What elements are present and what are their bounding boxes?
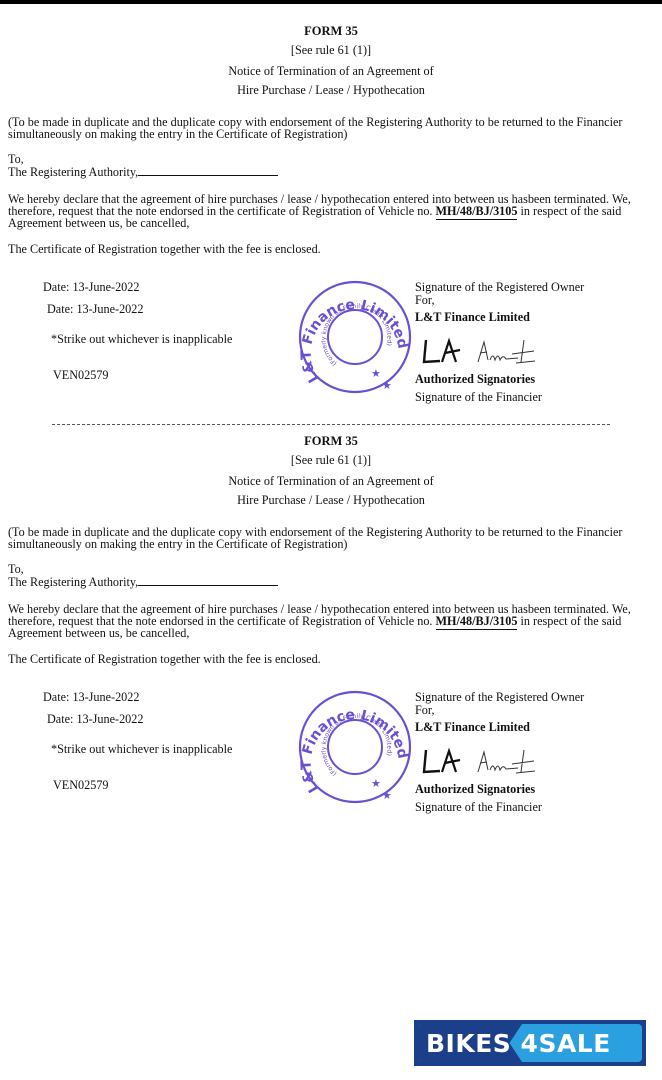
declaration-paragraph: We hereby declare that the agreement of … — [8, 193, 658, 229]
logo-text: BIKES 4SALE — [418, 1029, 611, 1058]
logo-text-4: 4 — [521, 1029, 539, 1058]
duplicate-note: (To be made in duplicate and the duplica… — [8, 116, 658, 140]
date-field-secondary: Date: 13-June-2022 — [47, 302, 143, 317]
registering-authority: The Registering Authority, — [8, 165, 658, 178]
notice-heading-line1: Notice of Termination of an Agreement of — [0, 64, 662, 79]
date-field: Date: 13-June-2022 — [43, 690, 139, 705]
reference-number: VEN02579 — [53, 368, 109, 383]
form-rule: [See rule 61 (1)] — [0, 453, 662, 468]
owner-signature-label: Signature of the Registered Owner — [415, 690, 584, 705]
registering-authority-label: The Registering Authority, — [8, 165, 138, 179]
notice-heading-line2: Hire Purchase / Lease / Hypothecation — [0, 493, 662, 508]
date-field-secondary: Date: 13-June-2022 — [47, 712, 143, 727]
authority-blank-line — [138, 575, 278, 586]
date-field: Date: 13-June-2022 — [43, 280, 139, 295]
vehicle-number: MH/48/BJ/3105 — [436, 614, 518, 630]
declaration-paragraph: We hereby declare that the agreement of … — [8, 603, 658, 639]
authorized-signatories-label: Authorized Signatories — [415, 372, 535, 387]
notice-heading-line1: Notice of Termination of an Agreement of — [0, 474, 662, 489]
strike-note: *Strike out whichever is inapplicable — [51, 332, 232, 347]
logo-text-sale: SALE — [538, 1029, 610, 1058]
form-rule: [See rule 61 (1)] — [0, 43, 662, 58]
authorized-signatories-label: Authorized Signatories — [415, 782, 535, 797]
svg-text:★: ★ — [371, 367, 381, 380]
logo-inner: BIKES 4SALE — [418, 1024, 642, 1062]
form-title: FORM 35 — [0, 434, 662, 449]
vehicle-number: MH/48/BJ/3105 — [436, 204, 518, 220]
for-label: For, — [415, 703, 435, 718]
reference-number: VEN02579 — [53, 778, 109, 793]
handwritten-signature-icon — [420, 336, 545, 366]
authority-blank-line — [138, 165, 278, 176]
strike-note: *Strike out whichever is inapplicable — [51, 742, 232, 757]
company-stamp-icon: L&T Finance Limited(Formerly known as Fa… — [297, 689, 413, 805]
owner-signature-label: Signature of the Registered Owner — [415, 280, 584, 295]
svg-text:★: ★ — [382, 789, 392, 802]
company-name: L&T Finance Limited — [415, 310, 530, 325]
svg-text:★: ★ — [371, 777, 381, 790]
handwritten-signature-icon — [420, 746, 545, 776]
certificate-enclosed-note: The Certificate of Registration together… — [8, 243, 658, 255]
svg-text:L&T Finance Limited: L&T Finance Limited — [298, 707, 410, 795]
registering-authority-label: The Registering Authority, — [8, 575, 138, 589]
to-label: To, — [8, 563, 658, 575]
form-copy-original: FORM 35 [See rule 61 (1)] Notice of Term… — [0, 0, 662, 400]
logo-text-bikes: BIKES — [426, 1029, 511, 1058]
to-label: To, — [8, 153, 658, 165]
certificate-enclosed-note: The Certificate of Registration together… — [8, 653, 658, 665]
duplicate-note: (To be made in duplicate and the duplica… — [8, 526, 658, 550]
form-title: FORM 35 — [0, 24, 662, 39]
notice-heading-line2: Hire Purchase / Lease / Hypothecation — [0, 83, 662, 98]
company-stamp-icon: L&T Finance Limited(Formerly known as Fa… — [297, 279, 413, 395]
for-label: For, — [415, 293, 435, 308]
svg-text:L&T Finance Limited: L&T Finance Limited — [298, 297, 410, 385]
bikes4sale-logo: BIKES 4SALE — [414, 1020, 646, 1066]
company-name: L&T Finance Limited — [415, 720, 530, 735]
svg-text:★: ★ — [382, 379, 392, 392]
financier-signature-label: Signature of the Financier — [415, 390, 542, 405]
form-copy-duplicate: FORM 35 [See rule 61 (1)] Notice of Term… — [0, 410, 662, 810]
registering-authority: The Registering Authority, — [8, 575, 658, 588]
financier-signature-label: Signature of the Financier — [415, 800, 542, 815]
